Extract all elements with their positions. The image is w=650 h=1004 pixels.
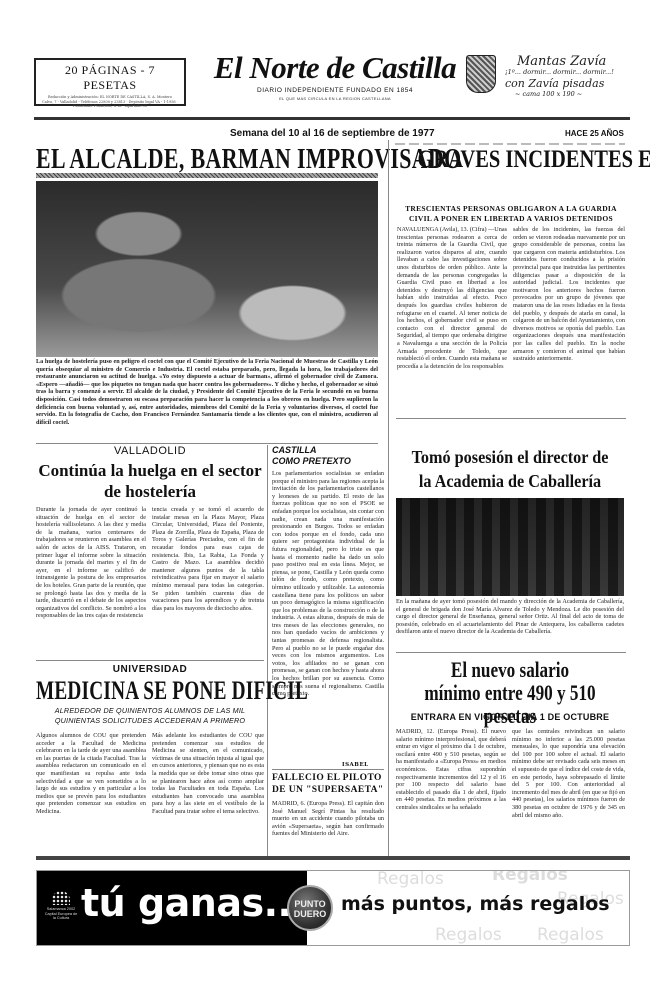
banner-headline: tú ganas...: [81, 881, 305, 925]
punto-duero-banner-ad[interactable]: Regalos Regalos Regalos Regalos Regalos …: [36, 870, 630, 946]
body-huelga-col2: tencia creada y se tomó el acuerdo de in…: [152, 506, 264, 656]
badge-line-2: DUERO: [289, 909, 331, 919]
caption-academia: En la mañana de ayer tomó posesión del m…: [396, 598, 624, 644]
page-bottom-rule: [36, 856, 630, 860]
bg-word-regalos: Regalos: [435, 925, 502, 945]
week-date-line: Semana del 10 al 16 de septiembre de 197…: [230, 128, 435, 139]
section-label: HACE 25 AÑOS: [565, 129, 624, 138]
bg-word-regalos: Regalos: [537, 925, 604, 945]
price-box: 20 PÁGINAS - 7 PESETAS Redacción y Admin…: [34, 58, 186, 106]
subhead-salario-minimo: ENTRARA EN VIGOR EL DIA 1 DE OCTUBRE: [396, 712, 624, 722]
subhead-medicina: ALREDEDOR DE QUINIENTOS ALUMNOS DE LAS M…: [36, 706, 264, 726]
kicker-universidad: UNIVERSIDAD: [36, 664, 264, 675]
divider: [36, 660, 264, 661]
body-castilla: Los parlamentarios socialistas se enfada…: [272, 470, 384, 760]
kicker-castilla: CASTILLA: [272, 445, 351, 456]
hatched-divider: [36, 173, 378, 178]
headline-como-pretexto: COMO PRETEXTO: [272, 456, 351, 467]
newspaper-title: El Norte de Castilla: [205, 50, 465, 86]
salamanca-2002-logo: Salamanca 2002 Capital Europea de la Cul…: [43, 891, 79, 921]
salamanca-logo-icon: [52, 891, 70, 905]
caption-alcalde: La huelga de hostelería puso en peligro …: [36, 358, 378, 442]
headline-graves-incidentes: GRAVES INCIDENTES EN UN PUEBLO DE AVILA: [418, 146, 605, 174]
body-medicina-col2: Más adelante los estudiantes de COU que …: [152, 732, 264, 850]
headline-academia-caballeria: Tomó posesión el director de la Academia…: [407, 445, 612, 493]
newspaper-tagline: EL QUE MAS CIRCULA EN LA REGION CASTELLA…: [205, 96, 465, 101]
masthead-divider: [34, 117, 630, 120]
headline-supersaeta: FALLECIO EL PILOTO DE UN "SUPERSAETA": [272, 772, 384, 796]
divider: [272, 769, 384, 770]
badge-line-1: PUNTO: [289, 899, 331, 909]
price-fine-print: Redacción y Administración: EL NORTE DE …: [42, 95, 178, 109]
headline-medicina: MEDICINA SE PONE DIFICIL: [36, 676, 308, 706]
body-graves-col2: sables de los incidentes, las fuerzas de…: [513, 226, 625, 414]
body-supersaeta: MADRID, 6. (Europa Press). El capitán do…: [272, 800, 384, 850]
castilla-column-title: CASTILLA COMO PRETEXTO: [272, 445, 351, 467]
banner-tagline: más puntos, más regalos: [341, 893, 610, 915]
bg-word-regalos: Regalos: [492, 870, 568, 885]
body-graves-col1: NAVALUENGA (Avila), 13. (Cifra) —Unas tr…: [397, 226, 507, 414]
body-huelga-col1: Durante la jornada de ayer continuó la s…: [36, 506, 146, 656]
ad-line-3: con Zavía pisadas: [505, 78, 625, 89]
headline-huelga-hosteleria: Continúa la huelga en el sector de hoste…: [36, 460, 264, 502]
bg-word-regalos: Regalos: [377, 870, 444, 889]
body-salario-col1: MADRID, 12. (Europa Press). El nuevo sal…: [396, 728, 506, 852]
kicker-valladolid: VALLADOLID: [36, 445, 264, 457]
photo-academia-ceremony: [396, 498, 624, 596]
coat-of-arms-icon: [466, 55, 496, 93]
ad-line-1: Mantas Zavía: [505, 56, 625, 67]
mantas-ad: Mantas Zavía ¡1º... dormir... dormir... …: [505, 56, 625, 100]
salamanca-logo-text: Salamanca 2002 Capital Europea de la Cul…: [43, 907, 79, 921]
column-divider: [267, 445, 268, 856]
price-line: 20 PÁGINAS - 7 PESETAS: [42, 63, 178, 93]
divider: [36, 443, 378, 444]
byline-isabel: ISABEL: [342, 762, 369, 768]
subhead-graves-incidentes: TRESCIENTAS PERSONAS OBLIGARON A LA GUAR…: [397, 204, 625, 224]
column-divider: [388, 140, 389, 856]
punto-duero-badge-icon: PUNTO DUERO: [287, 885, 333, 931]
headline-alcalde: EL ALCALDE, BARMAN IMPROVISADO: [36, 144, 461, 176]
divider: [396, 652, 626, 653]
photo-barman: [36, 181, 378, 357]
divider: [396, 418, 626, 419]
body-salario-col2: que las centrales reivindican un salario…: [512, 728, 625, 852]
ad-line-4: ~ cama 100 x 190 ~: [505, 89, 625, 100]
body-medicina-col1: Algunos alumnos de COU que pretenden acc…: [36, 732, 146, 850]
newspaper-subtitle: DIARIO INDEPENDIENTE FUNDADO EN 1854: [205, 87, 465, 94]
